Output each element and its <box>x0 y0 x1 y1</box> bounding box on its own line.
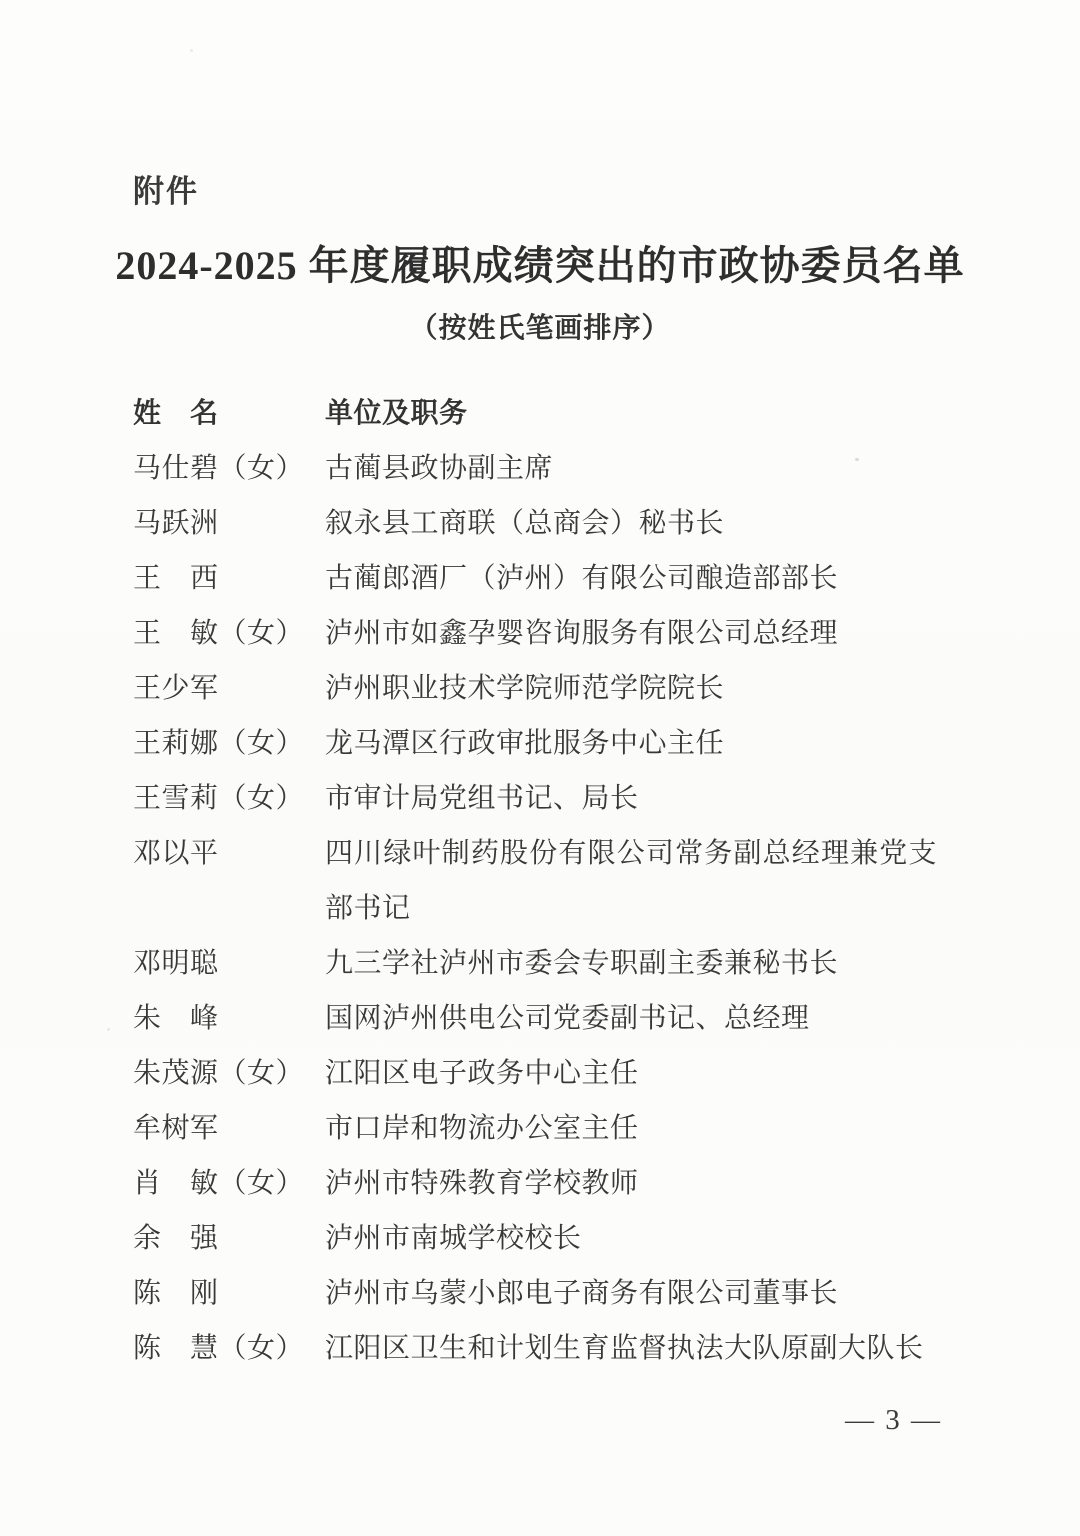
member-name: 肖 敏（女） <box>133 1156 325 1211</box>
member-position: 古蔺郎酒厂（泸州）有限公司酿造部部长 <box>325 551 937 606</box>
table-row: 牟树军 市口岸和物流办公室主任 <box>133 1101 947 1156</box>
table-row: 马仕碧（女） 古蔺县政协副主席 <box>133 441 947 496</box>
member-name: 马仕碧（女） <box>133 441 325 496</box>
table-row: 王 西 古蔺郎酒厂（泸州）有限公司酿造部部长 <box>133 551 947 606</box>
member-position: 古蔺县政协副主席 <box>325 441 937 496</box>
table-row: 邓明聪 九三学社泸州市委会专职副主委兼秘书长 <box>133 936 947 991</box>
member-position: 泸州市特殊教育学校教师 <box>325 1156 937 1211</box>
member-position: 龙马潭区行政审批服务中心主任 <box>325 716 937 771</box>
header-position: 单位及职务 <box>325 386 937 441</box>
member-position: 市审计局党组书记、局长 <box>325 771 937 826</box>
page-number: — 3 — <box>845 1404 942 1437</box>
member-name: 王雪莉（女） <box>133 771 325 826</box>
member-name: 朱 峰 <box>133 991 325 1046</box>
member-name: 邓以平 <box>133 826 325 881</box>
table-row: 朱茂源（女） 江阳区电子政务中心主任 <box>133 1046 947 1101</box>
table-row: 王雪莉（女） 市审计局党组书记、局长 <box>133 771 947 826</box>
header-name: 姓 名 <box>133 386 325 441</box>
member-name: 王 西 <box>133 551 325 606</box>
member-position: 泸州市如鑫孕婴咨询服务有限公司总经理 <box>325 606 937 661</box>
member-name: 王少军 <box>133 661 325 716</box>
member-name: 陈 慧（女） <box>133 1321 325 1376</box>
document-title: 2024-2025 年度履职成绩突出的市政协委员名单 <box>0 234 1080 291</box>
member-position: 九三学社泸州市委会专职副主委兼秘书长 <box>325 936 937 991</box>
member-table: 姓 名 单位及职务 马仕碧（女） 古蔺县政协副主席 马跃洲 叙永县工商联（总商会… <box>133 386 947 1376</box>
document-subtitle: （按姓氏笔画排序） <box>0 306 1080 346</box>
table-row: 王少军 泸州职业技术学院师范学院院长 <box>133 661 947 716</box>
member-name: 陈 刚 <box>133 1266 325 1321</box>
attachment-label: 附件 <box>133 166 199 211</box>
member-position: 江阳区卫生和计划生育监督执法大队原副大队长 <box>325 1321 937 1376</box>
member-position: 泸州职业技术学院师范学院院长 <box>325 661 937 716</box>
scan-speckle <box>855 458 859 461</box>
member-name: 王莉娜（女） <box>133 716 325 771</box>
member-name: 王 敏（女） <box>133 606 325 661</box>
table-row: 陈 刚 泸州市乌蒙小郎电子商务有限公司董事长 <box>133 1266 947 1321</box>
member-position: 国网泸州供电公司党委副书记、总经理 <box>325 991 937 1046</box>
table-header-row: 姓 名 单位及职务 <box>133 386 947 441</box>
member-name: 朱茂源（女） <box>133 1046 325 1101</box>
table-row: 王 敏（女） 泸州市如鑫孕婴咨询服务有限公司总经理 <box>133 606 947 661</box>
table-row: 陈 慧（女） 江阳区卫生和计划生育监督执法大队原副大队长 <box>133 1321 947 1376</box>
scan-speckle <box>107 1028 110 1031</box>
member-position: 江阳区电子政务中心主任 <box>325 1046 937 1101</box>
member-position: 泸州市南城学校校长 <box>325 1211 937 1266</box>
member-name: 余 强 <box>133 1211 325 1266</box>
member-name: 牟树军 <box>133 1101 325 1156</box>
member-position: 叙永县工商联（总商会）秘书长 <box>325 496 937 551</box>
table-row: 朱 峰 国网泸州供电公司党委副书记、总经理 <box>133 991 947 1046</box>
document-page: 附件 2024-2025 年度履职成绩突出的市政协委员名单 （按姓氏笔画排序） … <box>0 0 1080 1536</box>
scan-speckle <box>190 49 193 52</box>
member-position: 泸州市乌蒙小郎电子商务有限公司董事长 <box>325 1266 937 1321</box>
table-row: 马跃洲 叙永县工商联（总商会）秘书长 <box>133 496 947 551</box>
table-row: 王莉娜（女） 龙马潭区行政审批服务中心主任 <box>133 716 947 771</box>
table-row: 邓以平 四川绿叶制药股份有限公司常务副总经理兼党支部书记 <box>133 826 947 936</box>
table-row: 余 强 泸州市南城学校校长 <box>133 1211 947 1266</box>
member-position: 四川绿叶制药股份有限公司常务副总经理兼党支部书记 <box>325 826 937 936</box>
member-name: 邓明聪 <box>133 936 325 991</box>
member-position: 市口岸和物流办公室主任 <box>325 1101 937 1156</box>
member-name: 马跃洲 <box>133 496 325 551</box>
table-row: 肖 敏（女） 泸州市特殊教育学校教师 <box>133 1156 947 1211</box>
